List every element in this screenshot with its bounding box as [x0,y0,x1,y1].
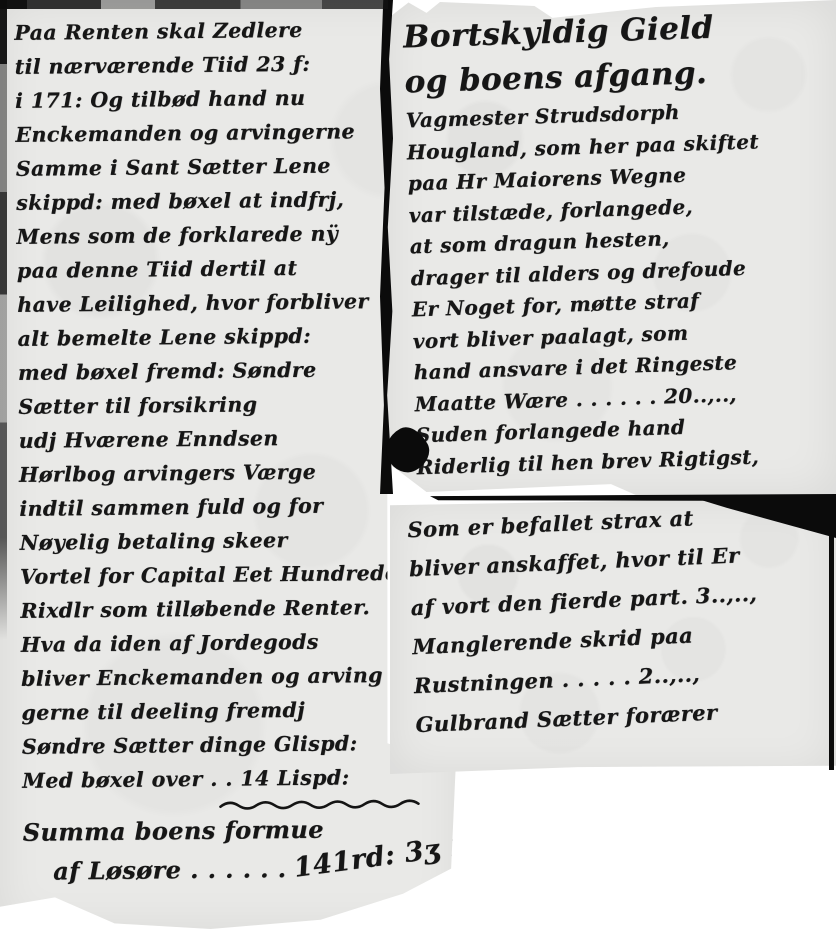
scan-edge-top [0,0,388,9]
summary-item-label: af Løsøre . . . . . . [53,849,287,891]
debt-section-fragment: Bortskyldig Gield og boens afgang. Vagme… [386,0,836,496]
summary-row: af Løsøre . . . . . . 141rd: 3ʒ 12ß [23,847,461,892]
debt-section-lines: Vagmester StrudsdorphHougland, som her p… [405,92,836,483]
scan-edge-right [829,530,834,770]
scan-edge-left [0,0,7,640]
manuscript-scan: Paa Renten skal Zedleretil nærværende Ti… [0,0,836,929]
deduction-section-lines: Som er befallet strax atbliver anskaffet… [407,492,836,744]
deduction-section-fragment: Som er befallet strax atbliver anskaffet… [390,497,836,774]
